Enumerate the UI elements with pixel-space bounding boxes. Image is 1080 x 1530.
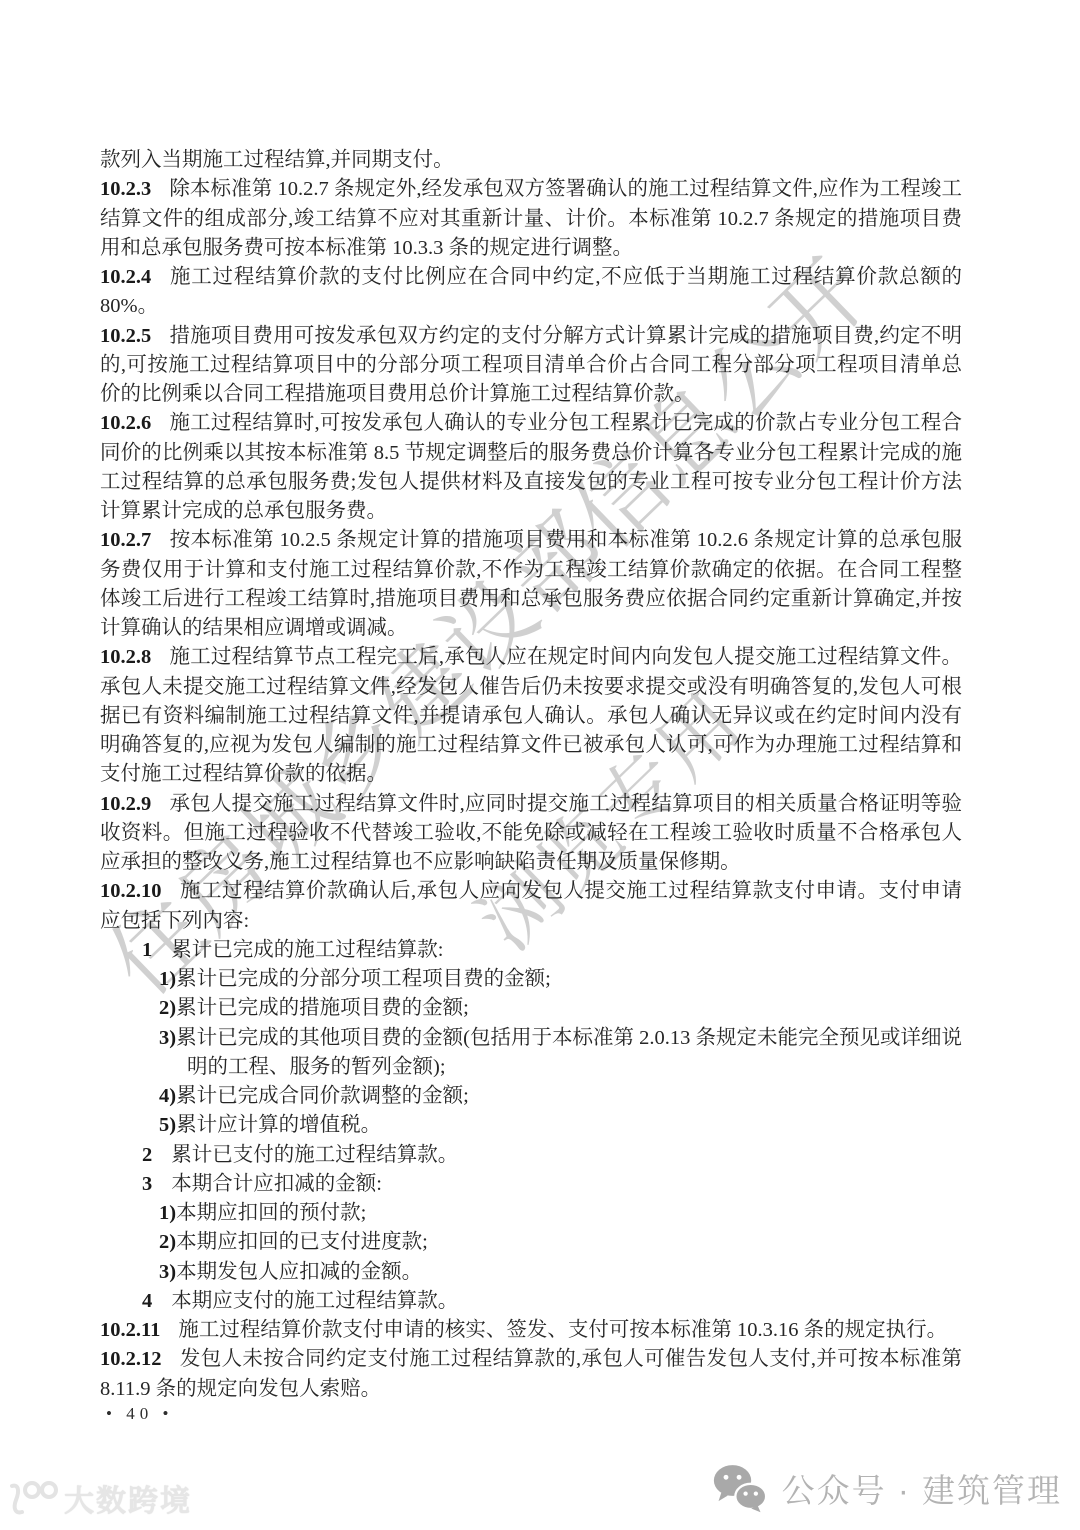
item-text: 本期应支付的施工过程结算款。 (171, 1290, 458, 1312)
item-text: 本期发包人应扣减的金额。 (176, 1261, 422, 1283)
item-text: 本期应扣回的已支付进度款; (176, 1231, 428, 1253)
item-number: 5) (159, 1114, 176, 1136)
brand-watermark: 大数跨境 (6, 1476, 192, 1520)
item-text: 措施项目费用可按发承包双方约定的支付分解方式计算累计完成的措施项目费,约定不明的… (100, 325, 962, 406)
page-number: • 40 • (106, 1404, 173, 1424)
list-item: 3)累计已完成的其他项目费的金额(包括用于本标准第 2.0.13 条规定未能完全… (100, 1024, 962, 1083)
list-item: 2累计已支付的施工过程结算款。 (100, 1141, 962, 1170)
item-text: 本期合计应扣减的金额: (171, 1173, 382, 1195)
item-text: 施工过程结算价款支付申请的核实、签发、支付可按本标准第 10.3.16 条的规定… (178, 1319, 947, 1341)
list-item: 1)本期应扣回的预付款; (100, 1199, 962, 1228)
item-text: 承包人提交施工过程结算文件时,应同时提交施工过程结算项目的相关质量合格证明等验收… (100, 793, 962, 874)
clause-10.2.8: 10.2.8施工过程结算节点工程完工后,承包人应在规定时间内向发包人提交施工过程… (100, 643, 962, 789)
item-text: 除本标准第 10.2.7 条规定外,经发承包双方签署确认的施工过程结算文件,应作… (100, 178, 962, 259)
item-text: 款列入当期施工过程结算,并同期支付。 (100, 149, 454, 171)
item-number: 10.2.11 (100, 1319, 160, 1341)
list-item: 5)累计应计算的增值税。 (100, 1111, 962, 1140)
item-text: 累计已完成的其他项目费的金额(包括用于本标准第 2.0.13 条规定未能完全预见… (176, 1027, 962, 1078)
list-item: 3本期合计应扣减的金额: (100, 1170, 962, 1199)
document-page: 住房城乡建设部信息公开 浏览专用 款列入当期施工过程结算,并同期支付。10.2.… (0, 0, 1080, 1530)
item-text: 本期应扣回的预付款; (176, 1202, 366, 1224)
list-item: 1)累计已完成的分部分项工程项目费的金额; (100, 965, 962, 994)
item-number: 1) (159, 1202, 176, 1224)
wechat-account: 公众号 · 建筑管理 (712, 1462, 1062, 1514)
list-item: 3)本期发包人应扣减的金额。 (100, 1258, 962, 1287)
item-text: 累计已完成的措施项目费的金额; (176, 997, 469, 1019)
clause-10.2.4: 10.2.4施工过程结算价款的支付比例应在合同中约定,不应低于当期施工过程结算价… (100, 263, 962, 322)
clause-10.2.7: 10.2.7按本标准第 10.2.5 条规定计算的措施项目费用和本标准第 10.… (100, 526, 962, 643)
list-item: 4)累计已完成合同价款调整的金额; (100, 1082, 962, 1111)
item-number: 10.2.10 (100, 880, 162, 902)
item-number: 1 (142, 939, 152, 961)
item-number: 4 (142, 1290, 152, 1312)
item-number: 10.2.12 (100, 1348, 162, 1370)
item-text: 施工过程结算价款的支付比例应在合同中约定,不应低于当期施工过程结算价款总额的 8… (100, 266, 962, 317)
clause-10.2.3: 10.2.3除本标准第 10.2.7 条规定外,经发承包双方签署确认的施工过程结… (100, 175, 962, 263)
item-number: 3) (159, 1261, 176, 1283)
item-text: 累计已完成的分部分项工程项目费的金额; (176, 968, 551, 990)
item-number: 10.2.9 (100, 793, 151, 815)
item-text: 累计已支付的施工过程结算款。 (171, 1144, 458, 1166)
item-number: 10.2.3 (100, 178, 151, 200)
wechat-icon (712, 1462, 768, 1514)
item-text: 累计应计算的增值税。 (176, 1114, 381, 1136)
brand-label: 大数跨境 (64, 1476, 192, 1520)
wechat-account-label: 公众号 · 建筑管理 (782, 1465, 1062, 1512)
list-item: 4本期应支付的施工过程结算款。 (100, 1287, 962, 1316)
item-text: 累计已完成的施工过程结算款: (171, 939, 443, 961)
item-number: 2) (159, 1231, 176, 1253)
item-text: 累计已完成合同价款调整的金额; (176, 1085, 469, 1107)
item-text: 按本标准第 10.2.5 条规定计算的措施项目费用和本标准第 10.2.6 条规… (100, 529, 962, 639)
item-text: 发包人未按合同约定支付施工过程结算款的,承包人可催告发包人支付,并可按本标准第 … (100, 1348, 962, 1399)
item-number: 2) (159, 997, 176, 1019)
item-number: 10.2.6 (100, 412, 151, 434)
clause-10.2.11: 10.2.11施工过程结算价款支付申请的核实、签发、支付可按本标准第 10.3.… (100, 1316, 962, 1345)
item-number: 3 (142, 1173, 152, 1195)
item-number: 1) (159, 968, 176, 990)
item-number: 4) (159, 1085, 176, 1107)
item-number: 10.2.4 (100, 266, 151, 288)
clause-10.2.9: 10.2.9承包人提交施工过程结算文件时,应同时提交施工过程结算项目的相关质量合… (100, 790, 962, 878)
clause-10.2.5: 10.2.5措施项目费用可按发承包双方约定的支付分解方式计算累计完成的措施项目费… (100, 322, 962, 410)
item-text: 施工过程结算时,可按发承包人确认的专业分包工程累计已完成的价款占专业分包工程合同… (100, 412, 962, 522)
item-number: 2 (142, 1144, 152, 1166)
item-text: 施工过程结算节点工程完工后,承包人应在规定时间内向发包人提交施工过程结算文件。承… (100, 646, 962, 785)
document-body: 款列入当期施工过程结算,并同期支付。10.2.3除本标准第 10.2.7 条规定… (100, 146, 962, 1404)
list-item: 2)累计已完成的措施项目费的金额; (100, 994, 962, 1023)
item-number: 10.2.5 (100, 325, 151, 347)
item-text: 施工过程结算价款确认后,承包人应向发包人提交施工过程结算款支付申请。支付申请应包… (100, 880, 962, 931)
paragraph: 款列入当期施工过程结算,并同期支付。 (100, 146, 962, 175)
list-item: 2)本期应扣回的已支付进度款; (100, 1228, 962, 1257)
clause-10.2.10: 10.2.10施工过程结算价款确认后,承包人应向发包人提交施工过程结算款支付申请… (100, 877, 962, 936)
clause-10.2.6: 10.2.6施工过程结算时,可按发承包人确认的专业分包工程累计已完成的价款占专业… (100, 409, 962, 526)
item-number: 10.2.7 (100, 529, 151, 551)
clause-10.2.12: 10.2.12发包人未按合同约定支付施工过程结算款的,承包人可催告发包人支付,并… (100, 1345, 962, 1404)
item-number: 10.2.8 (100, 646, 151, 668)
list-item: 1累计已完成的施工过程结算款: (100, 936, 962, 965)
item-number: 3) (159, 1027, 176, 1049)
brand-100-logo-icon (6, 1476, 58, 1520)
